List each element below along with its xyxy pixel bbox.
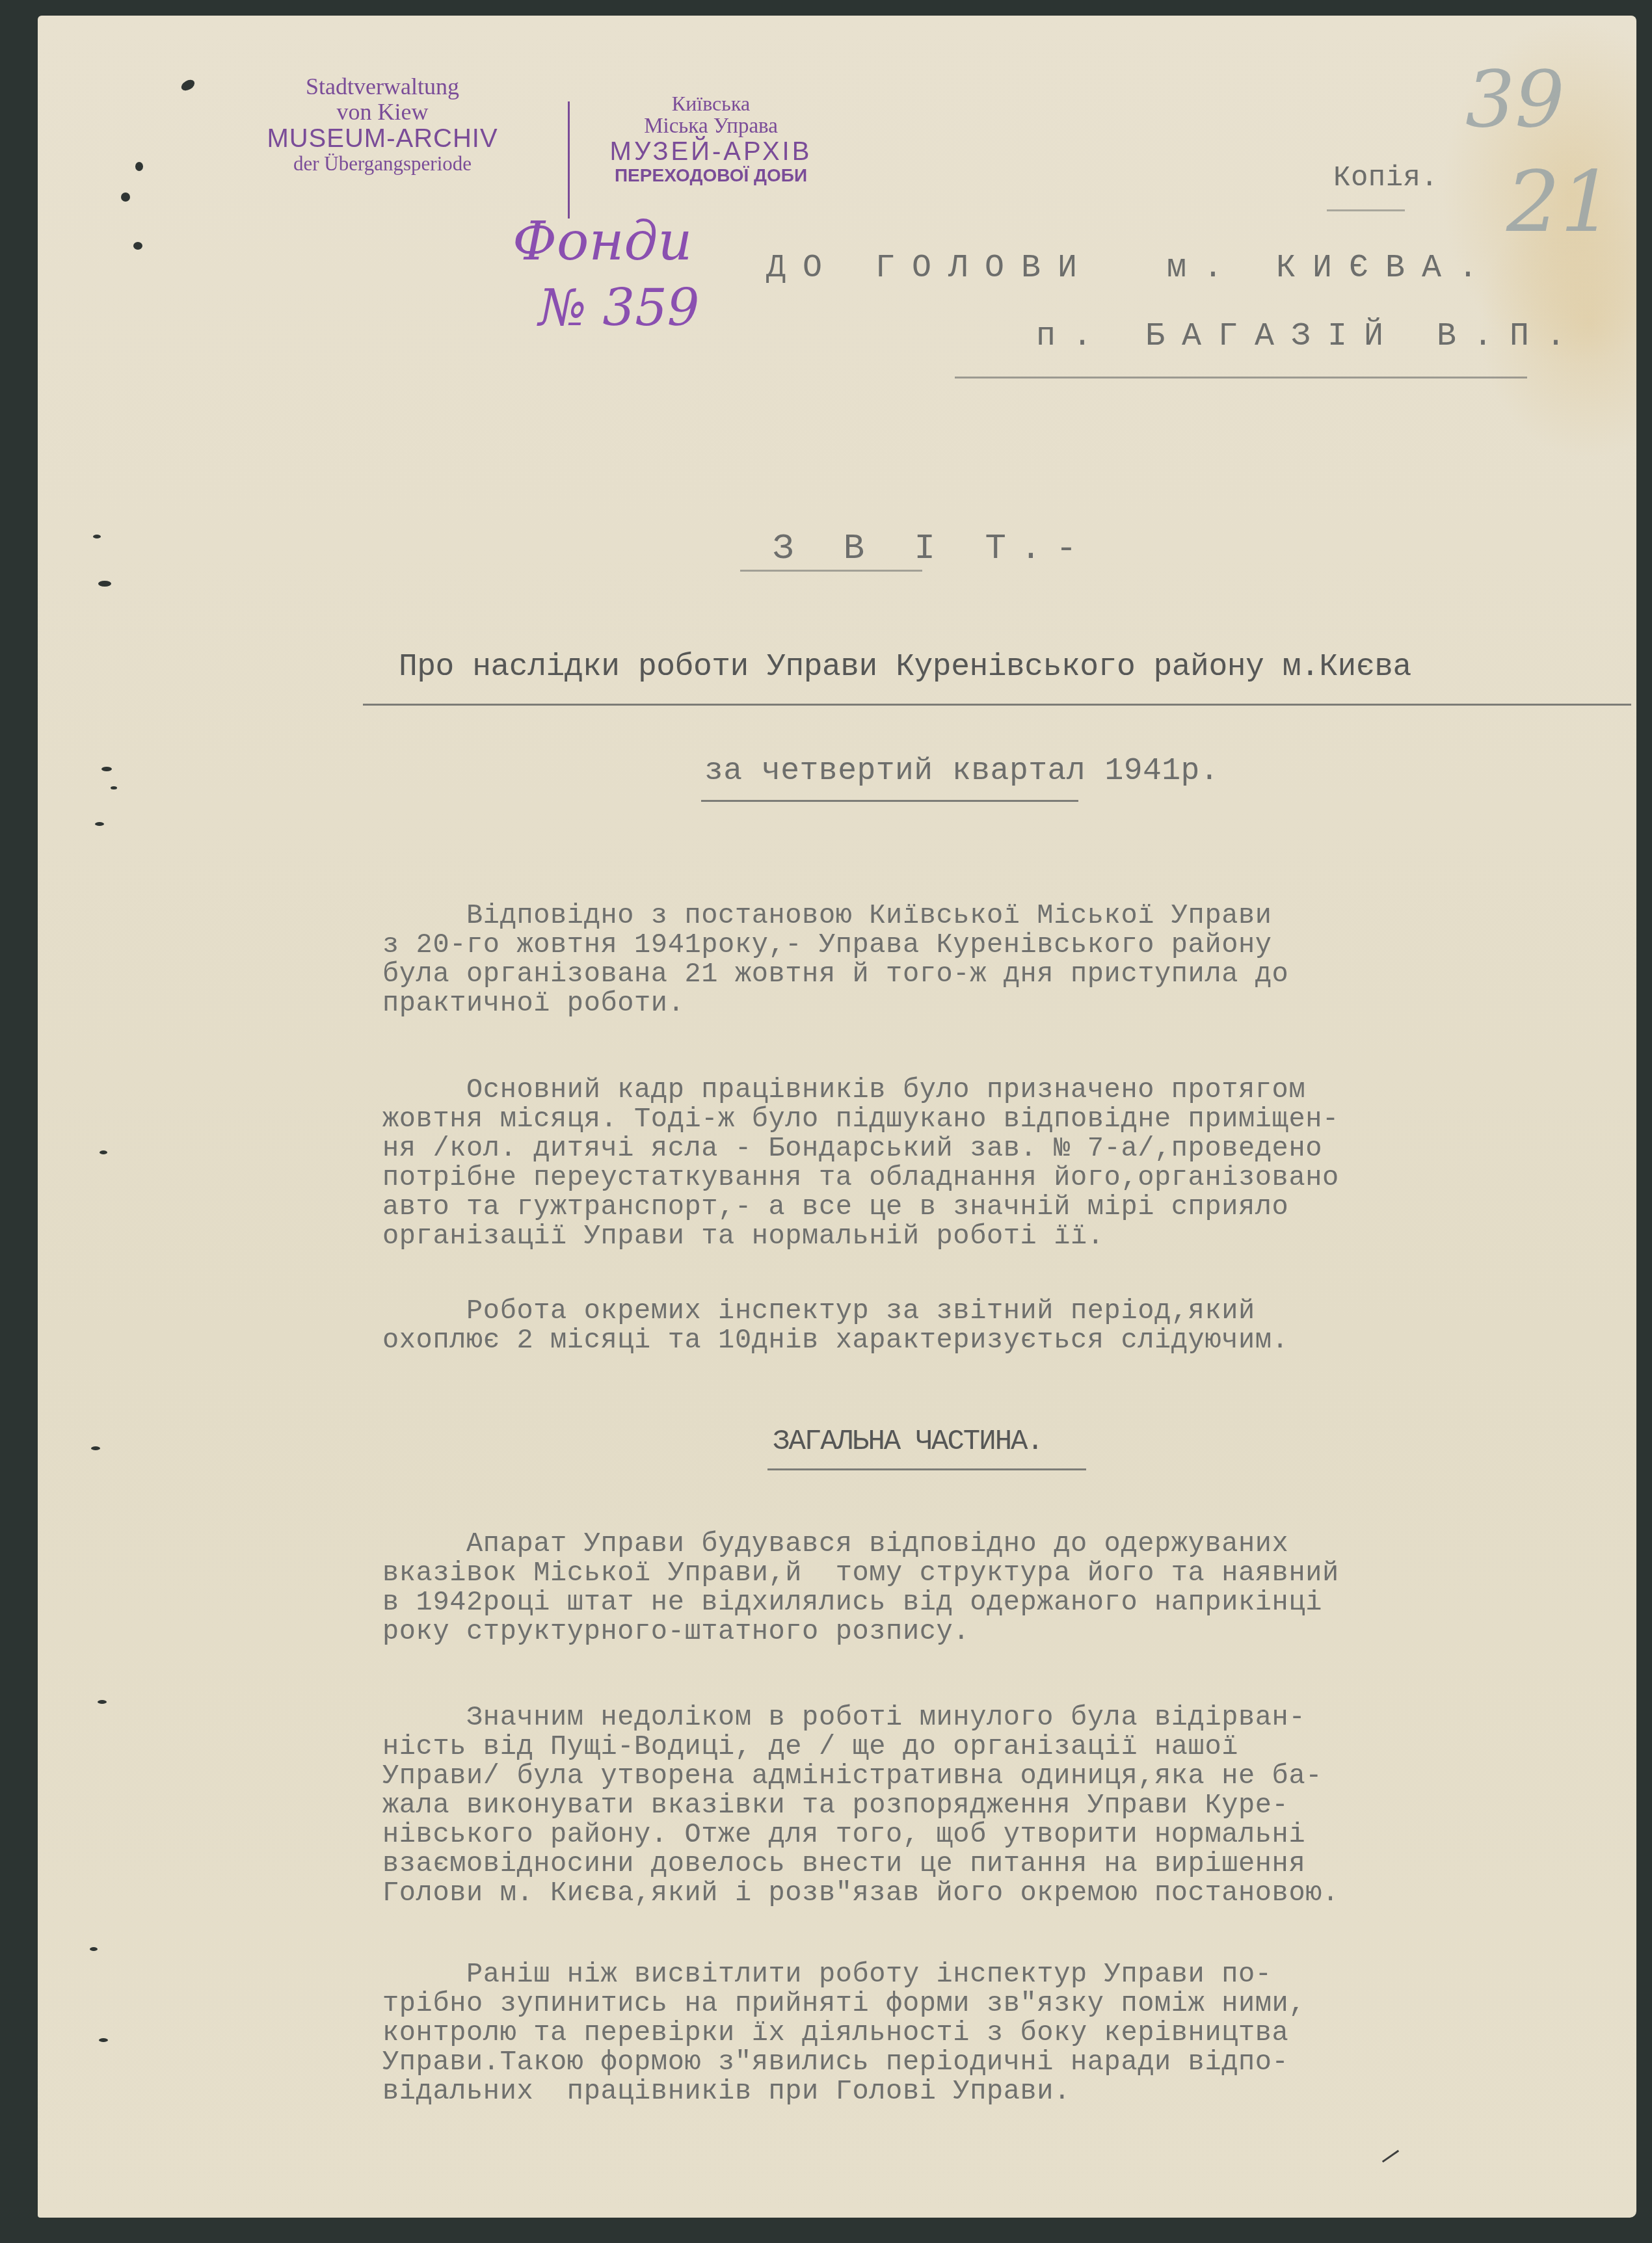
text-line: взаємовідносини довелось внести це питан… (382, 1850, 1573, 1879)
title-underline (740, 570, 922, 572)
punch-hole-mark (95, 822, 104, 826)
pencil-page-number-crossed: 21 (1506, 152, 1614, 251)
addressee-line-1: ДО ГОЛОВИ м. КИЄВА. (766, 250, 1495, 287)
copy-underline (1327, 209, 1405, 211)
text-line: Робота окремих інспектур за звітний пері… (382, 1297, 1573, 1326)
text-line: нівського району. Отже для того, щоб утв… (382, 1820, 1573, 1850)
punch-hole-mark (101, 767, 112, 771)
stamp-line: Stadtverwaltung (259, 74, 506, 100)
archive-stamp-ukrainian: Київська Міська Управа МУЗЕЙ-АРХІВ ПЕРЕХ… (568, 92, 854, 186)
subtitle-underline (363, 704, 1631, 706)
stamp-line: MUSEUM-ARCHIV (259, 125, 506, 153)
text-line: Раніш ніж висвітлити роботу інспектур Уп… (382, 1960, 1573, 1989)
text-line: охоплює 2 місяці та 10днів характеризуєт… (382, 1326, 1573, 1355)
archive-stamp-german: Stadtverwaltung von Kiew MUSEUM-ARCHIV d… (259, 74, 506, 174)
subtitle-2-underline (701, 800, 1078, 802)
document-page: Stadtverwaltung von Kiew MUSEUM-ARCHIV d… (38, 16, 1636, 2218)
handwritten-fond-label: Фонди (513, 211, 692, 272)
copy-label: Копія. (1333, 162, 1438, 194)
text-line: Управи/ була утворена адміністративна од… (382, 1762, 1573, 1791)
punch-hole-mark (135, 162, 143, 171)
stamp-line: ПЕРЕХОДОВОЇ ДОБИ (568, 166, 854, 185)
addressee-underline (955, 377, 1527, 378)
text-line: Апарат Управи будувався відповідно до од… (382, 1530, 1573, 1559)
stamp-line: МУЗЕЙ-АРХІВ (568, 138, 854, 166)
pencil-page-number: 39 (1465, 55, 1565, 145)
section-paragraph-3: Раніш ніж висвітлити роботу інспектур Уп… (382, 1960, 1573, 2106)
punch-hole-mark (98, 1700, 107, 1704)
punch-hole-mark (93, 535, 101, 538)
addressee-line-2: п. БАГАЗІЙ В.П. (1036, 318, 1582, 355)
text-line: в 1942році штат не відхилялись від одерж… (382, 1588, 1573, 1617)
text-line: ня /кол. дитячі ясла - Бондарський зав. … (382, 1134, 1573, 1163)
text-line: вказівок Міської Управи,й тому структура… (382, 1559, 1573, 1588)
report-title: З В І Т.- (773, 529, 1091, 569)
text-line: відальних працівників при Голові Управи. (382, 2077, 1573, 2106)
stamp-line: von Kiew (259, 100, 506, 125)
stamp-line: Міська Управа (568, 115, 854, 139)
section-paragraph-1: Апарат Управи будувався відповідно до од… (382, 1530, 1573, 1647)
text-line: жала виконувати вказівки та розпорядженн… (382, 1791, 1573, 1820)
report-subtitle-line-2: за четвертий квартал 1941р. (704, 754, 1219, 789)
text-line: року структурного-штатного розпису. (382, 1617, 1573, 1647)
text-line: Відповідно з постановою Київської Місько… (382, 901, 1573, 931)
punch-hole-mark (90, 1947, 98, 1951)
punch-hole-mark (133, 242, 142, 250)
text-line: трібно зупинитись на прийняті форми зв"я… (382, 1989, 1573, 2019)
punch-hole-mark (111, 786, 117, 790)
text-line: потрібне переустаткування та обладнання … (382, 1163, 1573, 1193)
text-line: авто та гужтранспорт,- а все це в значні… (382, 1193, 1573, 1222)
text-line: ність від Пущі-Водиці, де / ще до органі… (382, 1732, 1573, 1762)
punch-hole-mark (99, 2038, 108, 2042)
punch-hole-mark (91, 1446, 100, 1450)
text-line: Значним недоліком в роботі минулого була… (382, 1703, 1573, 1732)
section-heading-underline (767, 1468, 1086, 1470)
text-line: була організована 21 жовтня й того-ж дня… (382, 960, 1573, 989)
punch-hole-mark (121, 192, 130, 202)
text-line: контролю та перевірки їх діяльності з бо… (382, 2019, 1573, 2048)
text-line: Голови м. Києва,який і розв"язав його ок… (382, 1879, 1573, 1908)
punch-hole-mark (100, 1150, 107, 1154)
text-line: організації Управи та нормальній роботі … (382, 1222, 1573, 1251)
stamp-line: Київська (568, 92, 854, 115)
punch-hole-mark (98, 581, 111, 587)
paragraph-1: Відповідно з постановою Київської Місько… (382, 901, 1573, 1018)
paragraph-3: Робота окремих інспектур за звітний пері… (382, 1297, 1573, 1355)
text-line: практичної роботи. (382, 989, 1573, 1018)
section-paragraph-2: Значним недоліком в роботі минулого була… (382, 1703, 1573, 1908)
text-line: з 20-го жовтня 1941року,- Управа Куренів… (382, 931, 1573, 960)
report-subtitle-line-1: Про наслідки роботи Управи Куренівського… (399, 650, 1411, 685)
text-line: жовтня місяця. Тоді-ж було підшукано від… (382, 1105, 1573, 1134)
text-line: Основний кадр працівників було призначен… (382, 1076, 1573, 1105)
section-heading: ЗАГАЛЬНА ЧАСТИНА. (773, 1426, 1043, 1458)
punch-hole-mark (180, 77, 196, 92)
paragraph-2: Основний кадр працівників було призначен… (382, 1076, 1573, 1251)
handwritten-fond-number: № 359 (539, 279, 699, 338)
stamp-line: der Übergangsperiode (259, 153, 506, 174)
pencil-tick-mark (1382, 2150, 1399, 2163)
text-line: Управи.Такою формою з"явились періодичні… (382, 2048, 1573, 2077)
